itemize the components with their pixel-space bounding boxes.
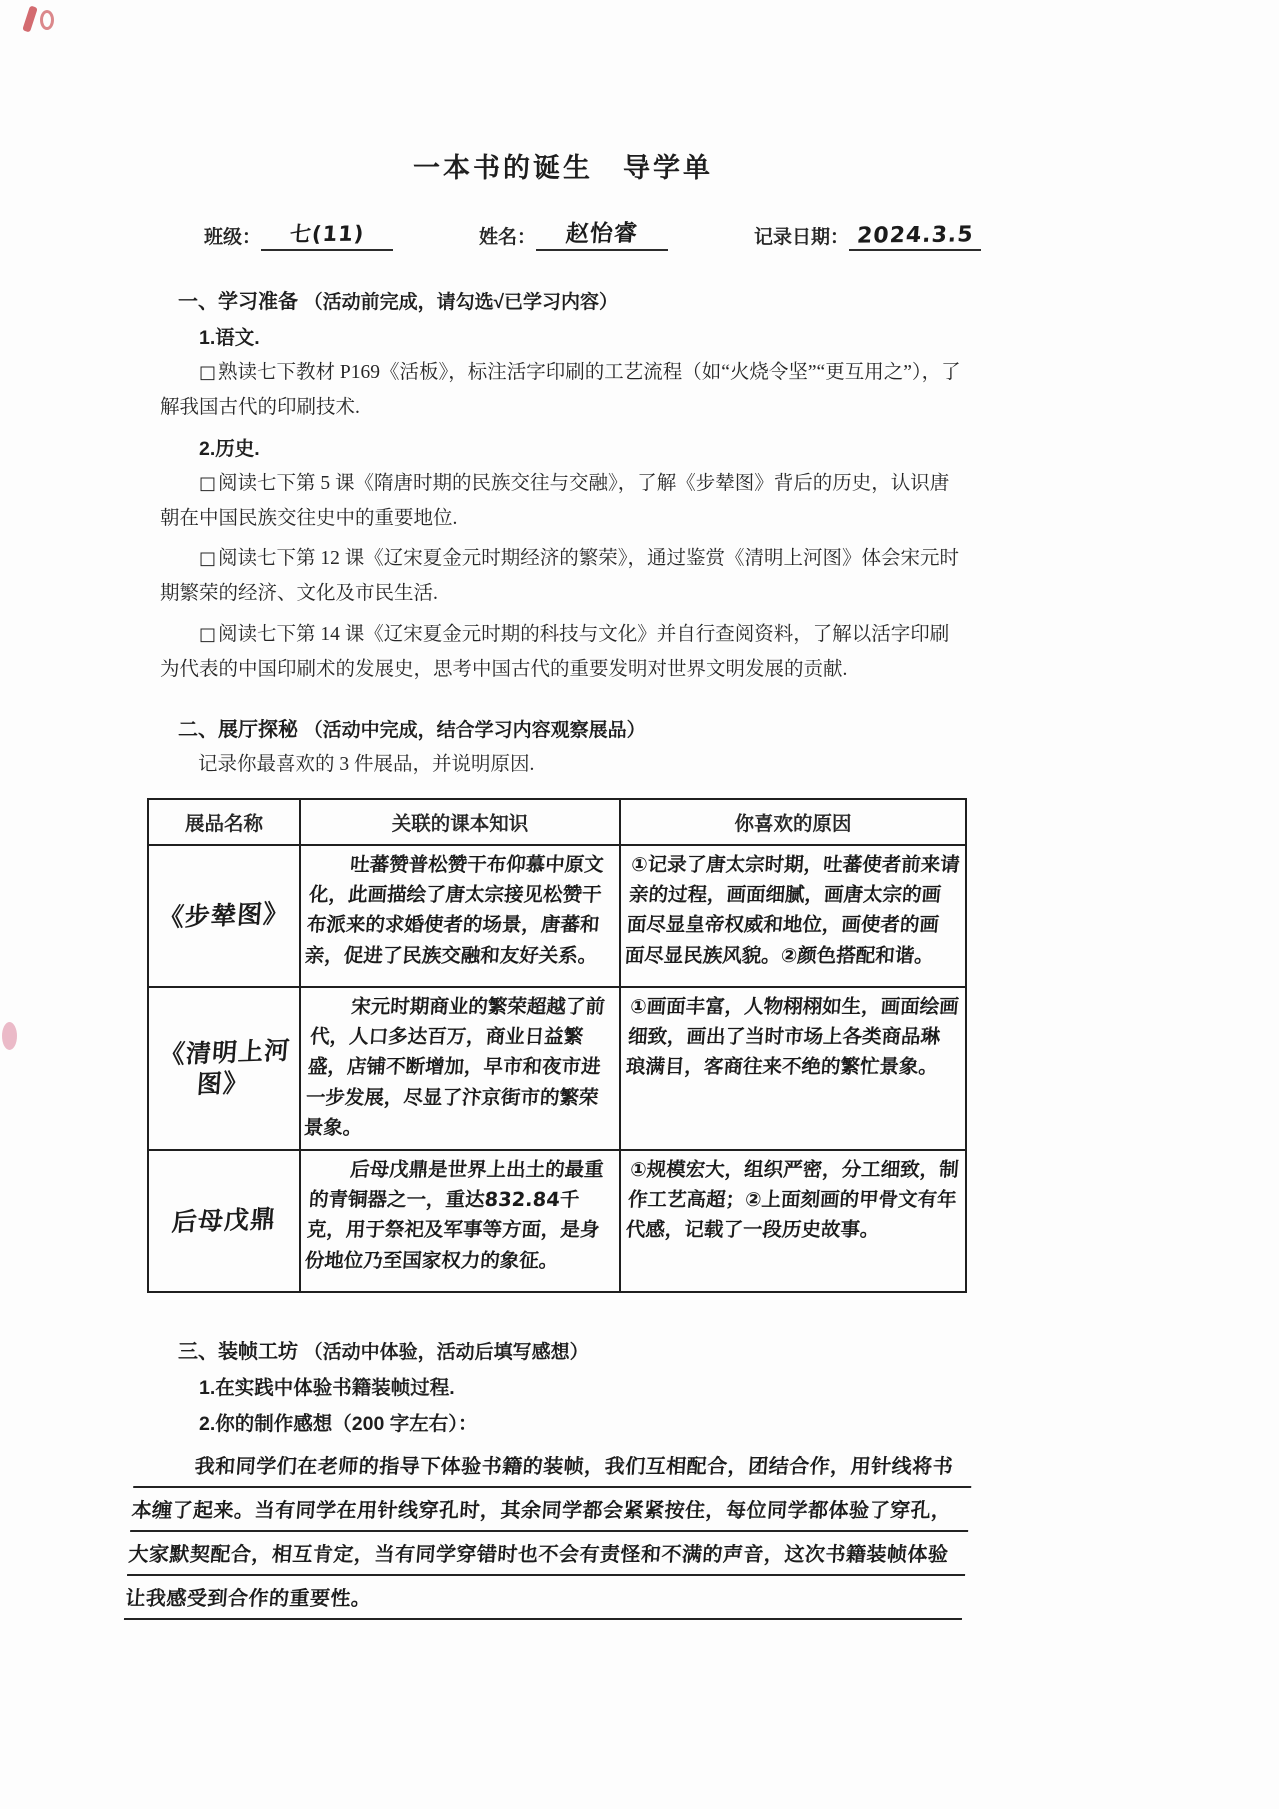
table-row-bunian-tu: 《步辇图》 吐蕃赞普松赞干布仰慕中原文化，此画描绘了唐太宗接见松赞干布派来的求婚… xyxy=(148,845,966,987)
checkbox-unchecked-icon: □ xyxy=(199,473,216,494)
class-value-underline: 七(11) xyxy=(261,218,393,251)
class-label: 班级： xyxy=(204,222,261,251)
exhibit-name-handwritten: 《清明上河图》 xyxy=(148,1035,301,1103)
date-handwritten-value: 2024.3.5 xyxy=(856,222,975,248)
section1-subject-chinese: 1.语文. xyxy=(160,322,966,350)
essay-handwritten-text: 我和同学们在老师的指导下体验书籍的装帧，我们互相配合，团结合作，用针线将书本缠了… xyxy=(124,1444,974,1622)
reason-handwritten: ①画面丰富，人物栩栩如生，画面绘画细致，画出了当时市场上各类商品琳琅满目，客商往… xyxy=(625,992,961,1083)
section1-subject-history: 2.历史. xyxy=(160,433,966,461)
name-handwritten-value: 赵怡睿 xyxy=(565,215,640,249)
name-value-underline: 赵怡睿 xyxy=(536,215,668,251)
name-field: 姓名： 赵怡睿 xyxy=(479,215,668,251)
section3-item2: 2.你的制作感想（200 字左右）： xyxy=(160,1408,966,1436)
worksheet-content: 一本书的诞生 导学单 班级： 七(11) 姓名： 赵怡睿 记录日期： 2024.… xyxy=(160,146,966,1622)
table-row-houmuwu-ding: 后母戊鼎 后母戊鼎是世界上出土的最重的青铜器之一，重达832.84千克，用于祭祀… xyxy=(148,1150,966,1292)
header-fill-in-line: 班级： 七(11) 姓名： 赵怡睿 记录日期： 2024.3.5 xyxy=(204,215,966,251)
checklist-item-text: 阅读七下第 12 课《辽宋夏金元时期经济的繁荣》，通过鉴赏《清明上河图》体会宋元… xyxy=(160,548,959,604)
date-field: 记录日期： 2024.3.5 xyxy=(754,222,981,251)
exhibit-name-handwritten: 后母戊鼎 xyxy=(171,1204,278,1239)
section1-heading: 一、学习准备 （活动前完成，请勾选√已学习内容） xyxy=(178,285,966,314)
knowledge-cell: 吐蕃赞普松赞干布仰慕中原文化，此画描绘了唐太宗接见松赞干布派来的求婚使者的场景，… xyxy=(300,845,620,987)
checkbox-unchecked-icon: □ xyxy=(199,362,216,383)
knowledge-handwritten: 吐蕃赞普松赞干布仰慕中原文化，此画描绘了唐太宗接见松赞干布派来的求婚使者的场景，… xyxy=(304,850,616,971)
exhibit-name-handwritten: 《步辇图》 xyxy=(158,898,291,934)
scanned-worksheet-page: 一本书的诞生 导学单 班级： 七(11) 姓名： 赵怡睿 记录日期： 2024.… xyxy=(0,0,1279,1809)
knowledge-cell: 后母戊鼎是世界上出土的最重的青铜器之一，重达832.84千克，用于祭祀及军事等方… xyxy=(300,1150,620,1292)
reason-cell: ①画面丰富，人物栩栩如生，画面绘画细致，画出了当时市场上各类商品琳琅满目，客商往… xyxy=(620,987,966,1150)
exhibit-name-cell: 后母戊鼎 xyxy=(148,1150,300,1292)
column-header-reason: 你喜欢的原因 xyxy=(620,799,966,845)
knowledge-cell: 宋元时期商业的繁荣超越了前代，人口多达百万，商业日益繁盛，店铺不断增加，早市和夜… xyxy=(300,987,620,1150)
checkbox-unchecked-icon: □ xyxy=(199,624,216,645)
exhibit-name-cell: 《清明上河图》 xyxy=(148,987,300,1150)
section3-title: 三、装帧工坊 xyxy=(178,1341,298,1363)
exhibit-name-cell: 《步辇图》 xyxy=(148,845,300,987)
checklist-item-text: 阅读七下第 5 课《隋唐时期的民族交往与交融》，了解《步辇图》背后的历史，认识唐… xyxy=(160,473,949,529)
page-title: 一本书的诞生 导学单 xyxy=(160,146,966,185)
column-header-exhibit-name: 展品名称 xyxy=(148,799,300,845)
knowledge-handwritten: 宋元时期商业的繁荣超越了前代，人口多达百万，商业日益繁盛，店铺不断增加，早市和夜… xyxy=(303,992,618,1143)
date-label: 记录日期： xyxy=(754,222,849,251)
scan-artifact-red-mark xyxy=(22,5,38,32)
section1-note: （活动前完成，请勾选√已学习内容） xyxy=(304,292,618,313)
reason-handwritten: ①规模宏大，组织严密，分工细致，制作工艺高超；②上面刻画的甲骨文有年代感，记载了… xyxy=(625,1155,961,1246)
reason-handwritten: ①记录了唐太宗时期，吐蕃使者前来请亲的过程，画面细腻，画唐太宗的画面尽显皇帝权威… xyxy=(624,850,962,971)
section2-heading: 二、展厅探秘 （活动中完成，结合学习内容观察展品） xyxy=(178,713,966,742)
scan-artifact-pink-smudge xyxy=(2,1022,17,1050)
checklist-item-history-1: □阅读七下第 5 课《隋唐时期的民族交往与交融》，了解《步辇图》背后的历史，认识… xyxy=(160,466,966,536)
checklist-item-history-3: □阅读七下第 14 课《辽宋夏金元时期的科技与文化》并自行查阅资料，了解以活字印… xyxy=(160,617,966,687)
checklist-item-text: 熟读七下教材 P169《活板》，标注活字印刷的工艺流程（如“火烧令坚”“更互用之… xyxy=(160,362,961,418)
table-header-row: 展品名称 关联的课本知识 你喜欢的原因 xyxy=(148,799,966,845)
knowledge-handwritten: 后母戊鼎是世界上出土的最重的青铜器之一，重达832.84千克，用于祭祀及军事等方… xyxy=(304,1155,616,1276)
checklist-item-history-2: □阅读七下第 12 课《辽宋夏金元时期经济的繁荣》，通过鉴赏《清明上河图》体会宋… xyxy=(160,541,966,611)
section1-title: 一、学习准备 xyxy=(178,291,298,313)
class-handwritten-value: 七(11) xyxy=(289,218,366,249)
class-field: 班级： 七(11) xyxy=(204,218,393,251)
section3-note: （活动中体验，活动后填写感想） xyxy=(304,1342,589,1363)
name-label: 姓名： xyxy=(479,222,536,251)
section2-title: 二、展厅探秘 xyxy=(178,719,298,741)
section2-note: （活动中完成，结合学习内容观察展品） xyxy=(304,720,646,741)
checklist-item-chinese: □熟读七下教材 P169《活板》，标注活字印刷的工艺流程（如“火烧令坚”“更互用… xyxy=(160,355,966,425)
section3-item1: 1.在实践中体验书籍装帧过程. xyxy=(160,1372,966,1400)
checkbox-unchecked-icon: □ xyxy=(199,548,216,569)
reason-cell: ①记录了唐太宗时期，吐蕃使者前来请亲的过程，画面细腻，画唐太宗的画面尽显皇帝权威… xyxy=(620,845,966,987)
scan-artifact-red-ring xyxy=(40,10,54,30)
reason-cell: ①规模宏大，组织严密，分工细致，制作工艺高超；②上面刻画的甲骨文有年代感，记载了… xyxy=(620,1150,966,1292)
table-row-qingming-shanghe-tu: 《清明上河图》 宋元时期商业的繁荣超越了前代，人口多达百万，商业日益繁盛，店铺不… xyxy=(148,987,966,1150)
exhibits-table: 展品名称 关联的课本知识 你喜欢的原因 《步辇图》 吐蕃赞普松赞干布仰慕中原文化… xyxy=(147,798,967,1293)
checklist-item-text: 阅读七下第 14 课《辽宋夏金元时期的科技与文化》并自行查阅资料，了解以活字印刷… xyxy=(160,624,949,680)
section3-heading: 三、装帧工坊 （活动中体验，活动后填写感想） xyxy=(178,1335,966,1364)
date-value-underline: 2024.3.5 xyxy=(849,223,981,251)
column-header-related-knowledge: 关联的课本知识 xyxy=(300,799,620,845)
essay-ruled-area: 我和同学们在老师的指导下体验书籍的装帧，我们互相配合，团结合作，用针线将书本缠了… xyxy=(130,1444,968,1622)
section2-instruction: 记录你最喜欢的 3 件展品，并说明原因. xyxy=(198,747,966,782)
